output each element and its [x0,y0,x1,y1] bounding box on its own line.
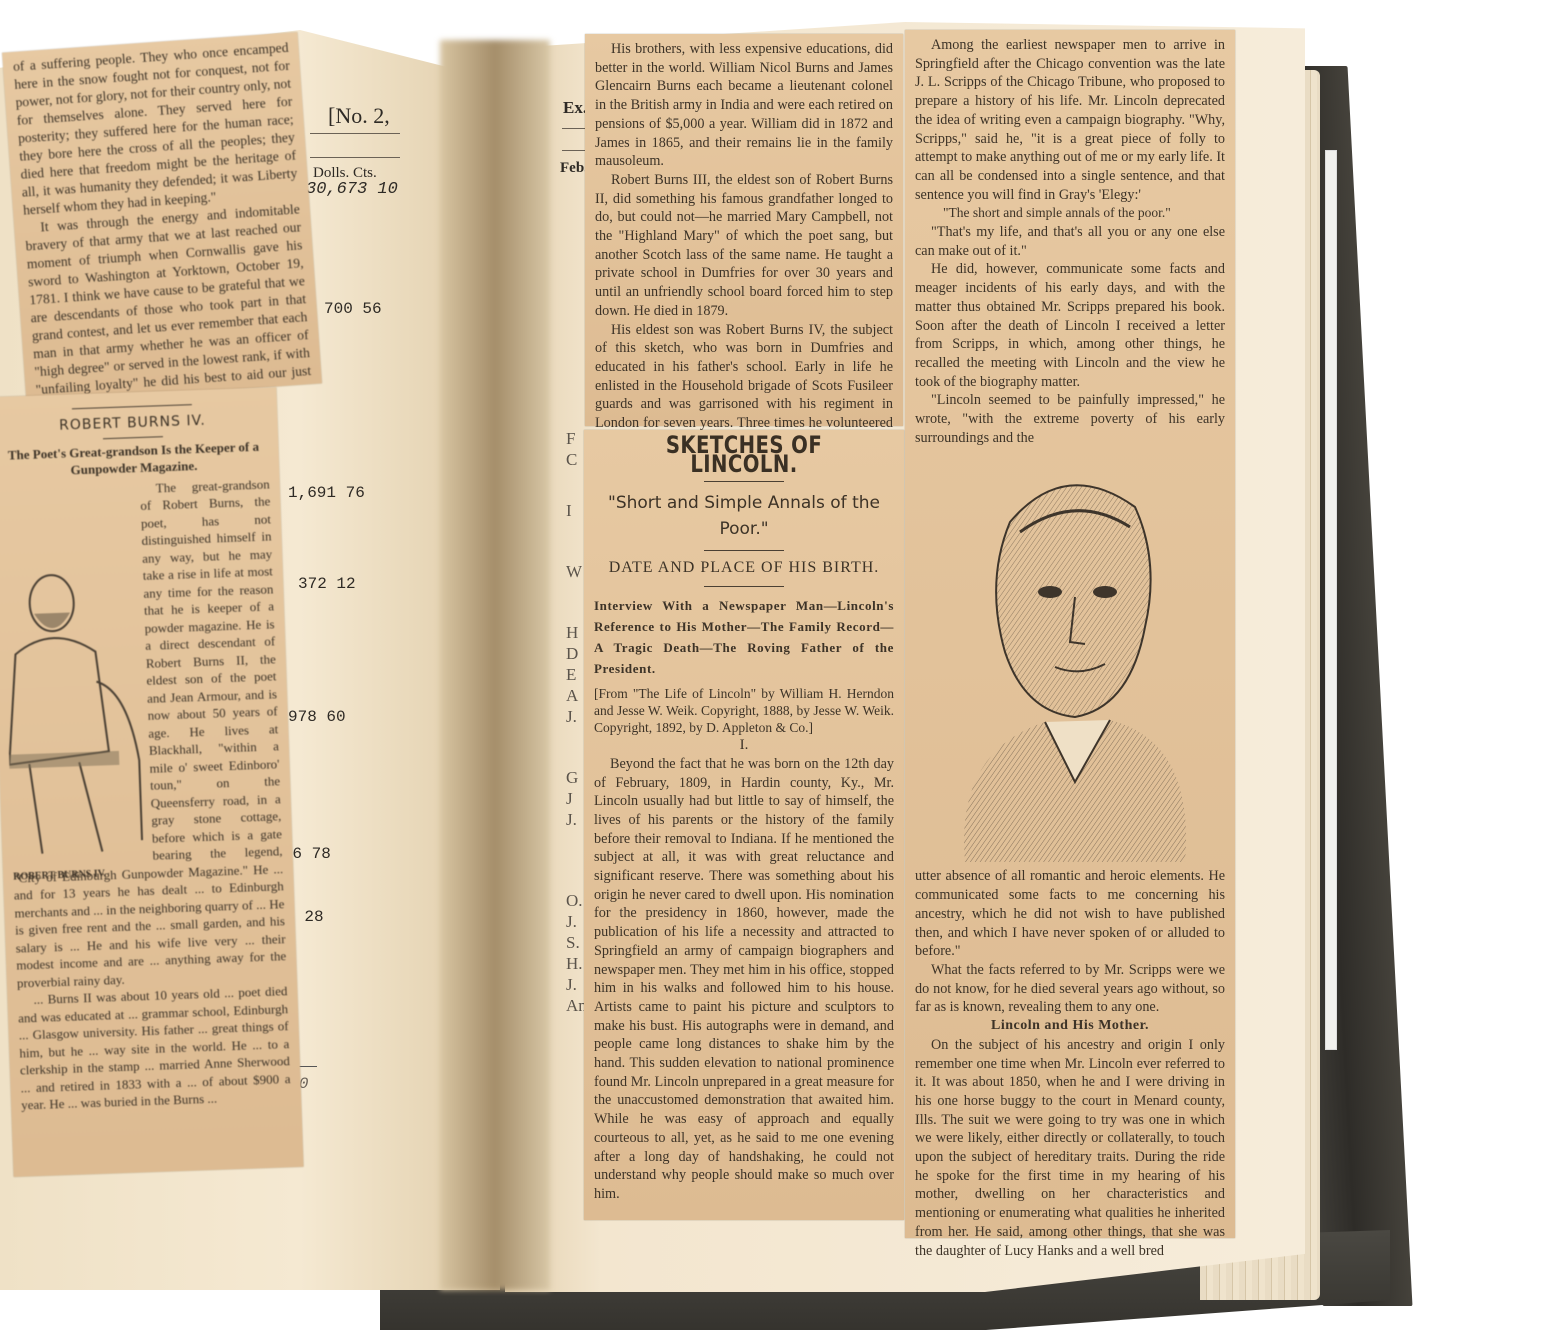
ledger-amount: 1,691 76 [288,484,365,502]
ledger-label-feb: Feb. [560,160,588,177]
ledger-amount: 30,673 10 [306,180,398,199]
clipping-paragraph: Beyond the fact that he was born on the … [594,755,894,1204]
clipping-sketches-of-lincoln: SKETCHES OF LINCOLN. "Short and Simple A… [584,430,904,1220]
clipping-paragraph: of a suffering people. They who once enc… [12,39,299,220]
ledger-rule [310,157,400,158]
ledger-amount: 700 56 [324,300,382,318]
clipping-paragraph: utter absence of all romantic and heroic… [915,867,1225,961]
burns-deck: The Poet's Great-grandson Is the Keeper … [0,437,269,480]
ledger-amount: 372 12 [298,575,356,593]
divider [704,481,784,482]
lincoln-portrait [915,447,1225,867]
divider [704,550,784,551]
clipping-paragraph: "Lincoln seemed to be painfully impresse… [915,391,1225,447]
ledger-label-ex: Ex. [563,98,587,118]
clipping-paragraph: Robert Burns III, the eldest son of Robe… [595,171,893,321]
divider [72,404,192,409]
section-numeral: I. [594,736,894,755]
portrait-robert-burns-iv-icon [2,559,152,864]
clipping-paragraph: His brothers, with less expensive educat… [595,40,893,171]
summary-interview: Interview With a Newspaper Man—Lincoln's… [594,595,894,679]
divider [704,586,784,587]
clipping-paragraph: ... Burns II was about 10 years old ... … [17,982,291,1114]
ledger-header: [No. 2, [328,103,390,129]
clipping-revolutionary-speech: of a suffering people. They who once enc… [2,32,322,404]
burns-illustration: ROBERT BURNS IV. [2,559,152,864]
subhead-date-place-birth: DATE AND PLACE OF HIS BIRTH. [594,559,894,578]
source-credit: [From "The Life of Lincoln" by William H… [594,685,894,736]
bookmark-slip [1325,150,1337,1050]
clipping-paragraph: On the subject of his ancestry and origi… [915,1036,1225,1260]
portrait-abraham-lincoln-icon [925,452,1215,862]
burns-title: ROBERT BURNS IV. [0,411,268,438]
deck-short-and-simple: "Short and Simple Annals of the Poor." [594,490,894,542]
divider [103,436,163,439]
clipping-paragraph: Among the earliest newspaper men to arri… [915,36,1225,204]
subheading-lincoln-and-his-mother: Lincoln and His Mother. [915,1017,1225,1036]
clipping-paragraph: "That's my life, and that's all you or a… [915,223,1225,260]
clipping-robert-burns-iv: ROBERT BURNS IV. The Poet's Great-grands… [0,387,304,1177]
clipping-lincoln-continued: Among the earliest newspaper men to arri… [905,30,1235,1238]
clipping-paragraph: He did, however, communicate some facts … [915,260,1225,391]
clipping-quote: "The short and simple annals of the poor… [915,204,1225,223]
clipping-paragraph: It was through the energy and indomitabl… [24,200,313,417]
clipping-burns-continued: His brothers, with less expensive educat… [585,34,903,426]
ledger-amount: 978 60 [288,708,346,726]
book-gutter [440,40,550,1290]
headline-sketches-of-lincoln: SKETCHES OF LINCOLN. [621,436,867,473]
clipping-paragraph: What the facts referred to by Mr. Scripp… [915,961,1225,1017]
ledger-rule [310,133,400,134]
